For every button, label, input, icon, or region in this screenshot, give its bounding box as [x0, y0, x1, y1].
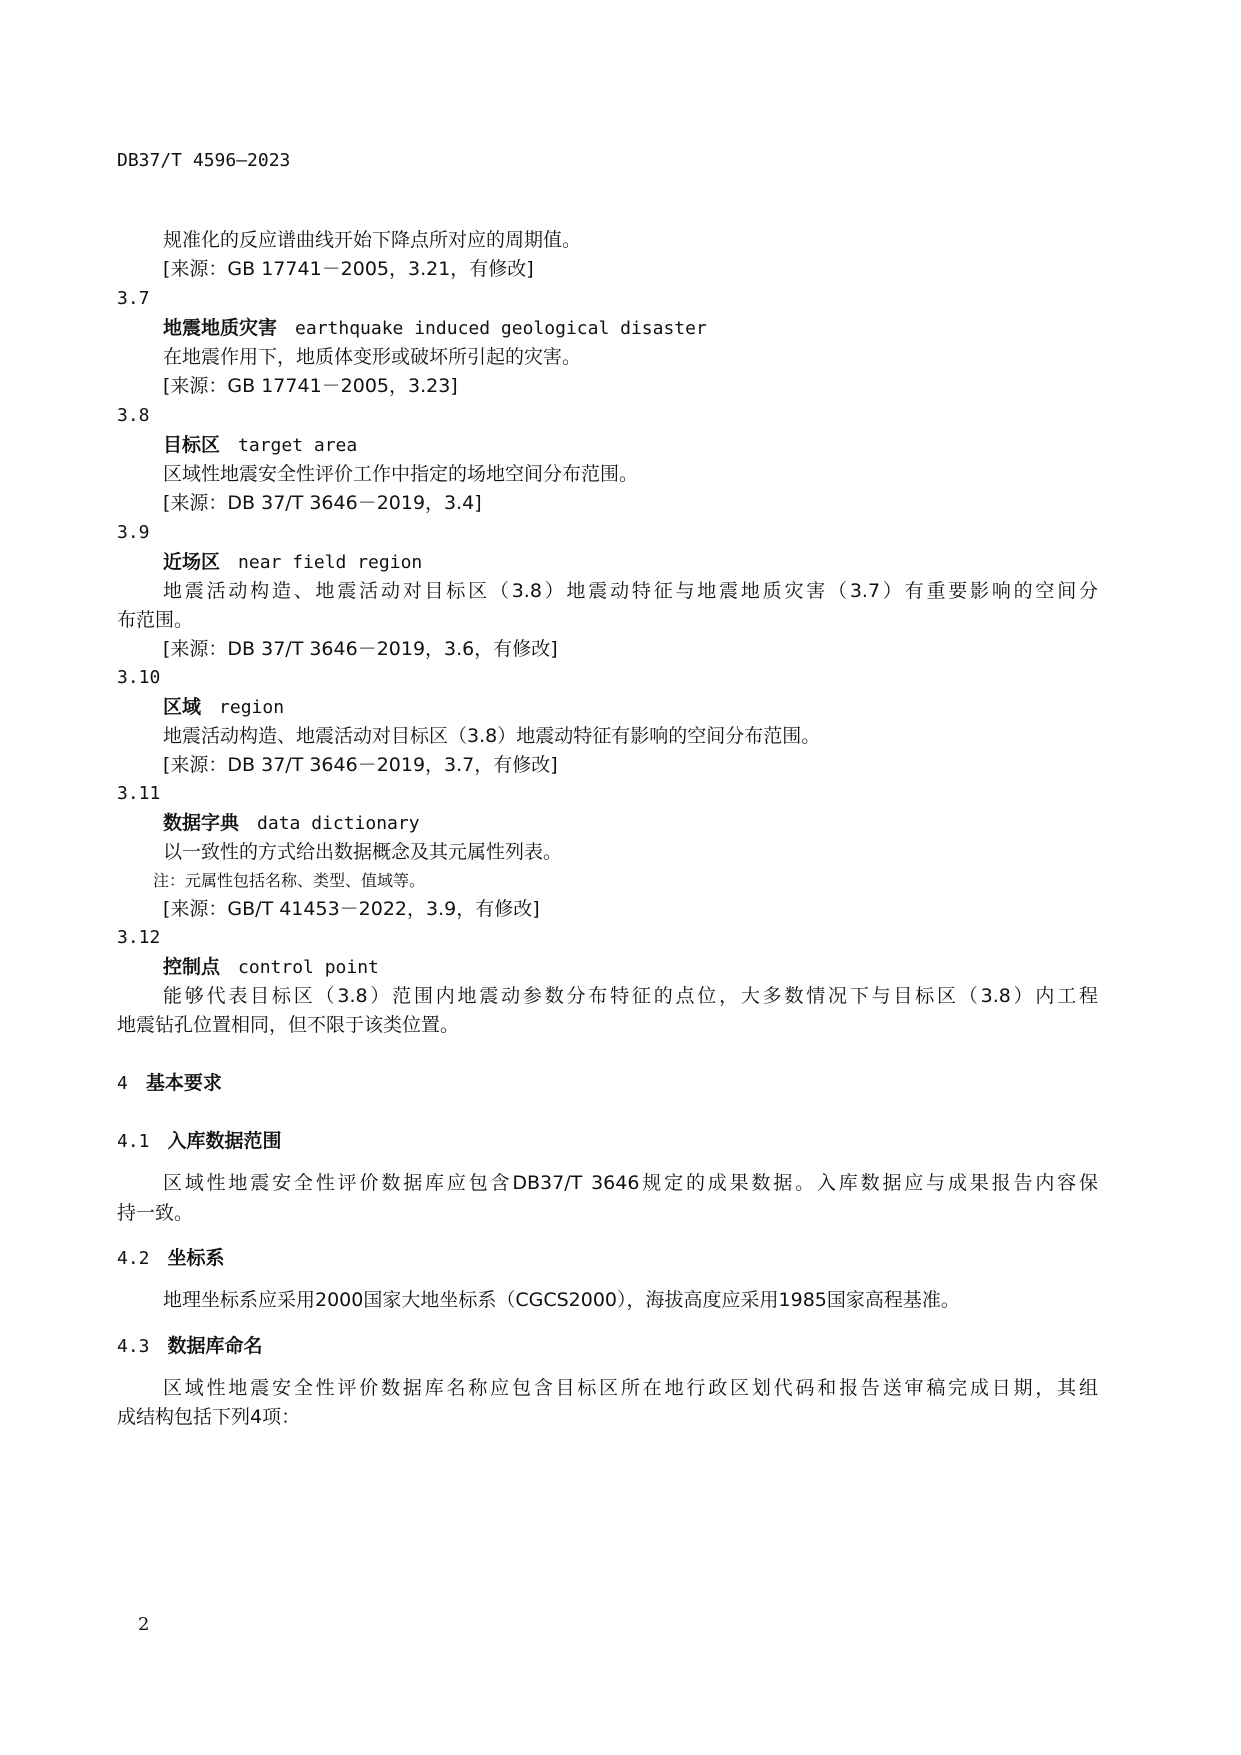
paragraph-text: 成结构包括下列4项： [117, 1405, 300, 1429]
definition-text: 地震钻孔位置相同，但不限于该类位置。 [117, 1013, 459, 1037]
term-zh: 目标区 [163, 434, 220, 456]
definition-text: 能够代表目标区（3.8）范围内地震动参数分布特征的点位，大多数情况下与目标区（3… [163, 984, 1098, 1008]
term-zh: 地震地质灾害 [163, 317, 277, 339]
definition-line: 地震活动构造、地震活动对目标区（3.8）地震动特征与地震地质灾害（3.7）有重要… [163, 579, 1098, 603]
source-citation: [来源：GB 17741－2005，3.23] [163, 374, 458, 398]
term-title: 数据字典data dictionary [163, 811, 420, 836]
term-title: 目标区target area [163, 433, 357, 458]
source-citation: [来源：DB 37/T 3646－2019，3.7，有修改] [163, 753, 558, 777]
subsection-heading: 4.1入库数据范围 [117, 1129, 282, 1154]
definition-line: 能够代表目标区（3.8）范围内地震动参数分布特征的点位，大多数情况下与目标区（3… [163, 984, 1098, 1008]
term-title: 区域region [163, 695, 284, 720]
subsection-heading: 4.2坐标系 [117, 1246, 225, 1271]
subsection-number: 4.2 [117, 1248, 150, 1269]
term-zh: 控制点 [163, 956, 220, 978]
paragraph-line: 区域性地震安全性评价数据库名称应包含目标区所在地行政区划代码和报告送审稿完成日期… [163, 1376, 1098, 1400]
paragraph-line: 区域性地震安全性评价数据库应包含DB37/T 3646规定的成果数据。入库数据应… [163, 1171, 1098, 1195]
term-title: 控制点control point [163, 955, 379, 980]
definition-text: 布范围。 [117, 608, 193, 632]
document-page: DB37/T 4596—2023 规准化的反应谱曲线开始下降点所对应的周期值。 … [0, 0, 1241, 1755]
term-zh: 区域 [163, 696, 201, 718]
definition-text: 区域性地震安全性评价工作中指定的场地空间分布范围。 [163, 462, 638, 486]
standard-code-header: DB37/T 4596—2023 [117, 150, 290, 171]
section-heading: 4基本要求 [117, 1071, 222, 1096]
source-citation: [来源：GB/T 41453－2022，3.9，有修改] [163, 897, 540, 921]
term-title: 地震地质灾害earthquake induced geological disa… [163, 316, 707, 341]
subsection-title: 坐标系 [168, 1247, 225, 1269]
term-number: 3.8 [117, 404, 150, 428]
note-text: 注：元属性包括名称、类型、值域等。 [153, 869, 425, 893]
section-title: 基本要求 [146, 1072, 222, 1094]
subsection-number: 4.1 [117, 1131, 150, 1152]
subsection-number: 4.3 [117, 1336, 150, 1357]
definition-text: 地震活动构造、地震活动对目标区（3.8）地震动特征与地震地质灾害（3.7）有重要… [163, 579, 1098, 603]
definition-text: 在地震作用下，地质体变形或破坏所引起的灾害。 [163, 345, 581, 369]
term-number: 3.9 [117, 521, 150, 545]
term-title: 近场区near field region [163, 550, 422, 575]
term-number: 3.11 [117, 782, 160, 806]
term-en: region [219, 697, 284, 718]
term-zh: 近场区 [163, 551, 220, 573]
term-number: 3.10 [117, 666, 160, 690]
source-citation: [来源：DB 37/T 3646－2019，3.4] [163, 491, 482, 515]
paragraph-text: 区域性地震安全性评价数据库应包含DB37/T 3646规定的成果数据。入库数据应… [163, 1171, 1098, 1195]
subsection-title: 入库数据范围 [168, 1130, 282, 1152]
term-en: target area [238, 435, 357, 456]
subsection-title: 数据库命名 [168, 1335, 263, 1357]
term-en: earthquake induced geological disaster [295, 318, 707, 339]
definition-text: 以一致性的方式给出数据概念及其元属性列表。 [163, 840, 562, 864]
section-number: 4 [117, 1073, 128, 1094]
paragraph-text: 地理坐标系应采用2000国家大地坐标系（CGCS2000），海拔高度应采用198… [163, 1288, 960, 1312]
term-en: data dictionary [257, 813, 420, 834]
subsection-heading: 4.3数据库命名 [117, 1334, 263, 1359]
paragraph-text: 区域性地震安全性评价数据库名称应包含目标区所在地行政区划代码和报告送审稿完成日期… [163, 1376, 1098, 1400]
page-number: 2 [138, 1614, 149, 1635]
term-number: 3.7 [117, 287, 150, 311]
paragraph-text: 持一致。 [117, 1201, 193, 1225]
term-zh: 数据字典 [163, 812, 239, 834]
source-citation: [来源：DB 37/T 3646－2019，3.6，有修改] [163, 637, 558, 661]
source-citation: [来源：GB 17741－2005，3.21，有修改] [163, 257, 534, 281]
definition-text: 规准化的反应谱曲线开始下降点所对应的周期值。 [163, 228, 581, 252]
definition-text: 地震活动构造、地震活动对目标区（3.8）地震动特征有影响的空间分布范围。 [163, 724, 820, 748]
term-number: 3.12 [117, 926, 160, 950]
term-en: near field region [238, 552, 422, 573]
term-en: control point [238, 957, 379, 978]
